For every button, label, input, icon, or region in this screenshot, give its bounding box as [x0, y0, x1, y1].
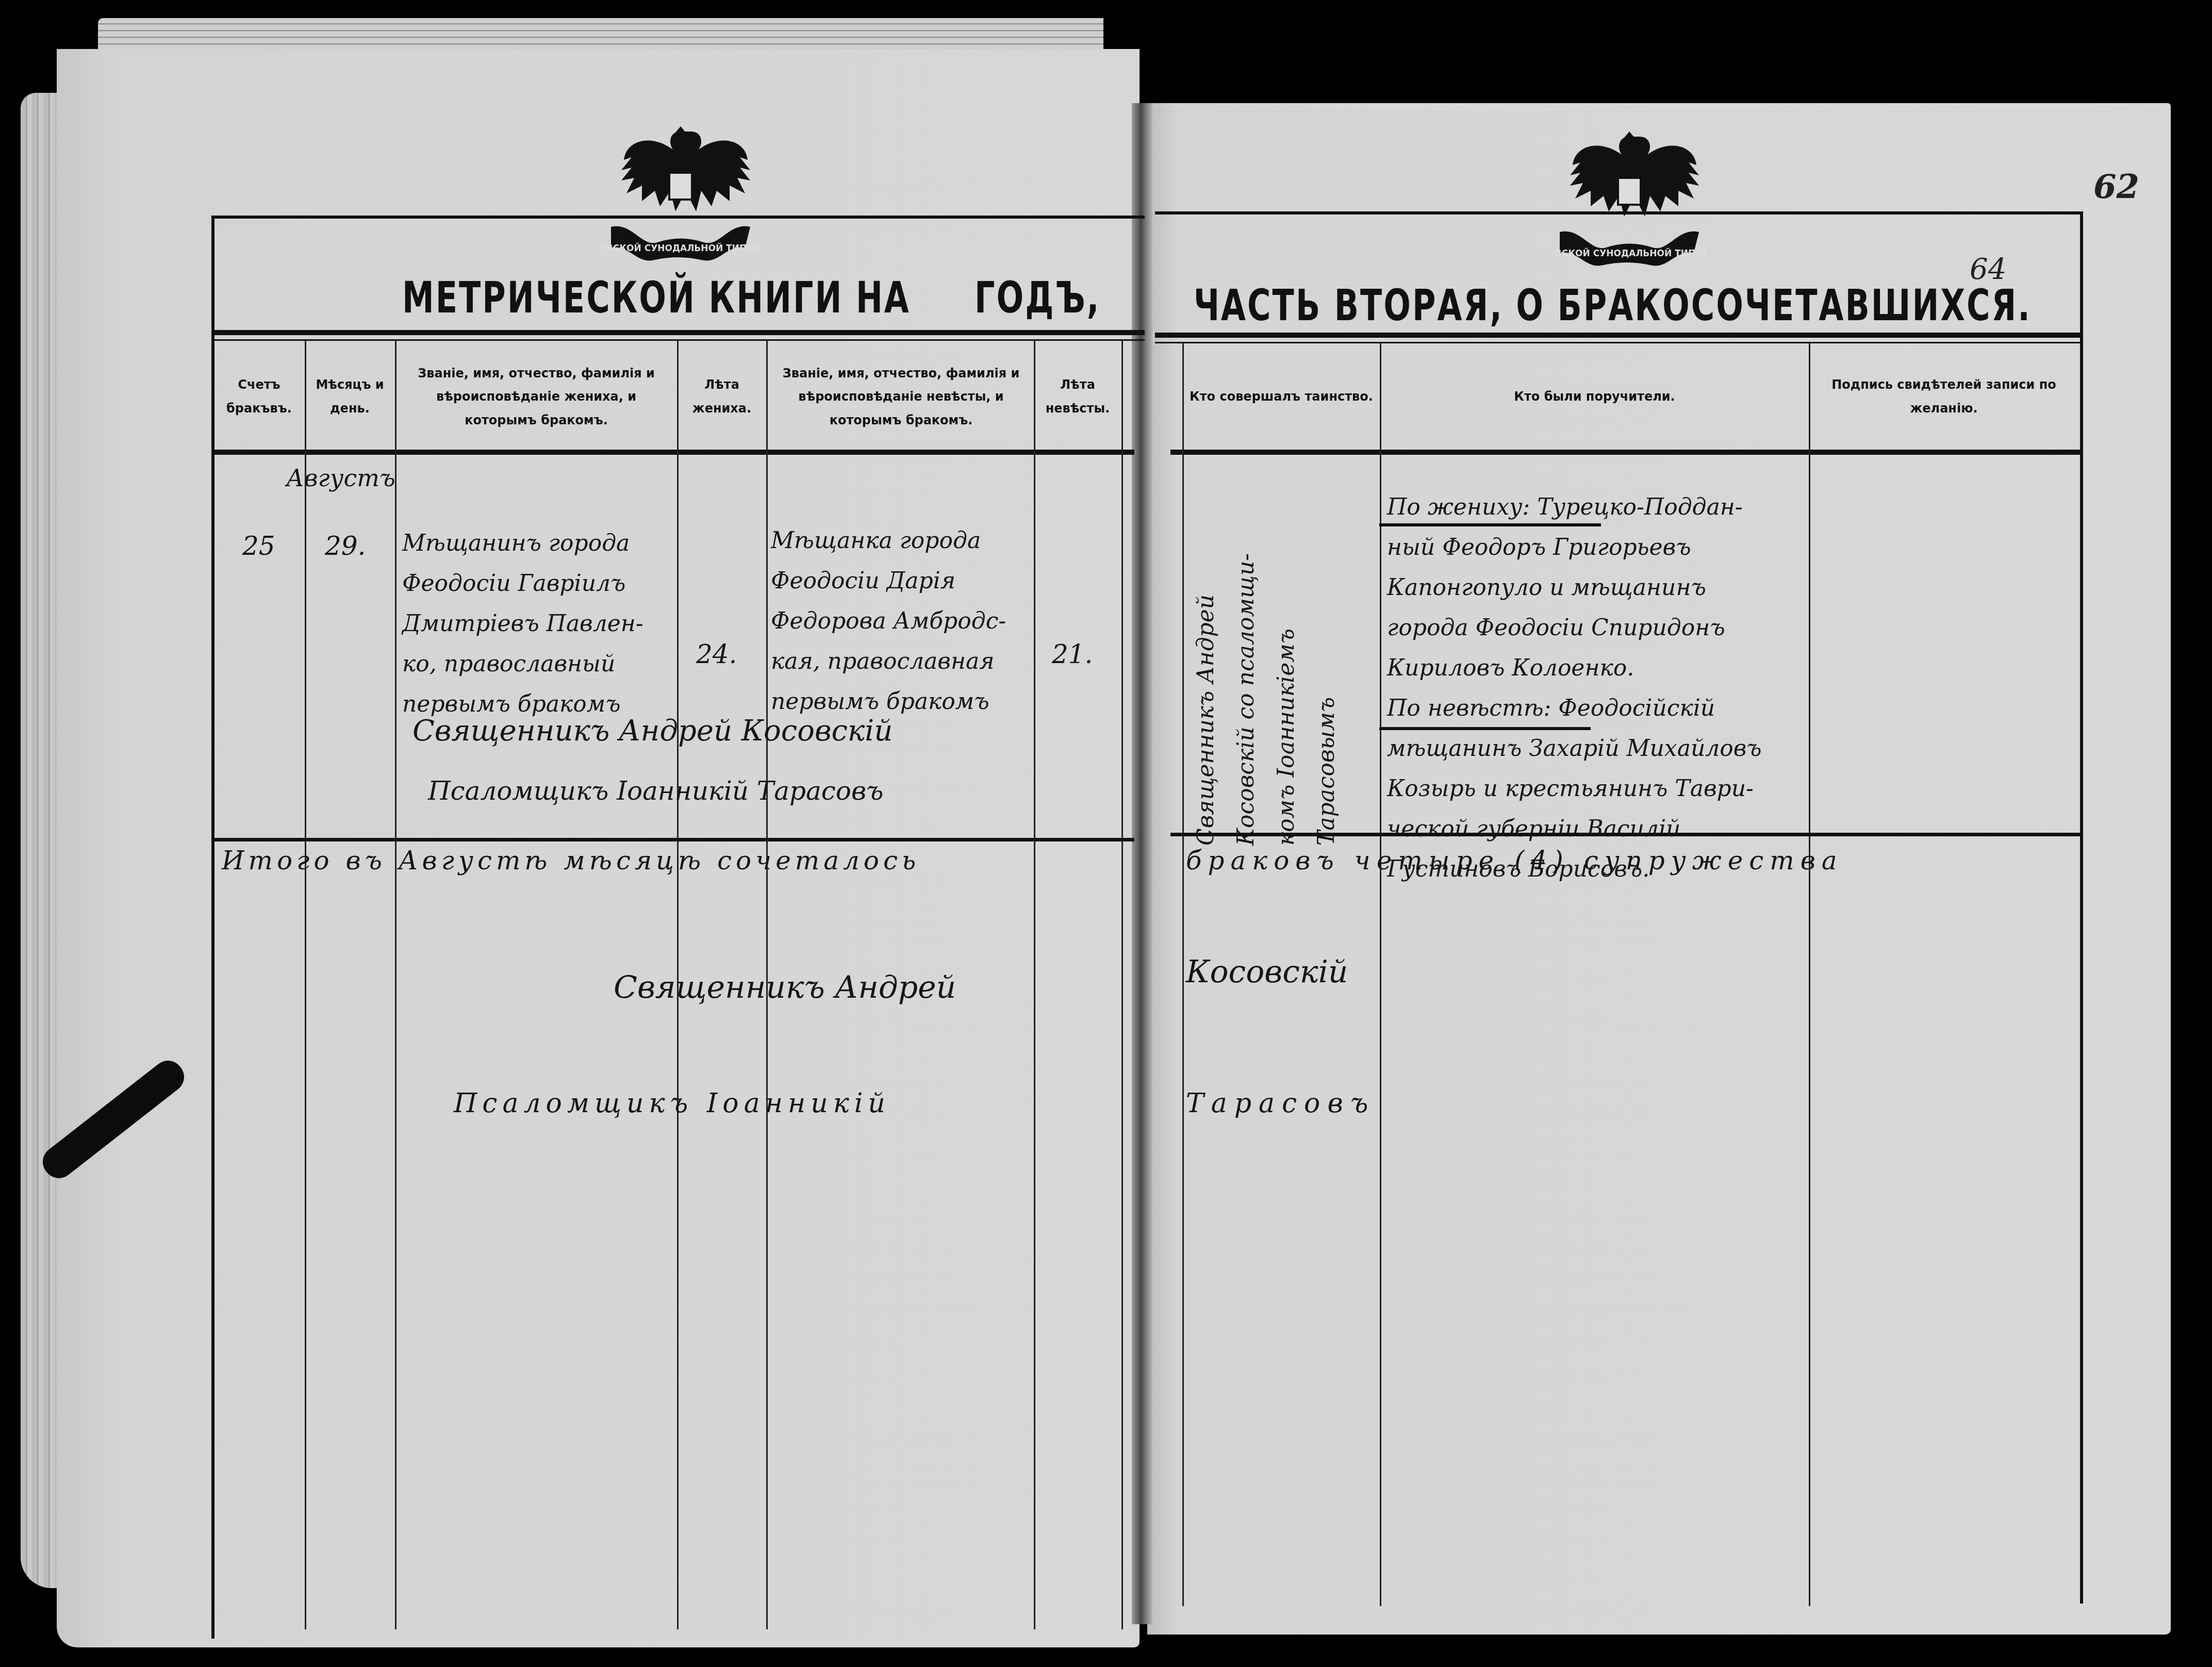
surety-line: ческой губерніи Василій — [1387, 809, 1762, 849]
summary-text-left: Итого въ Августѣ мѣсяцѣ сочеталось — [222, 846, 920, 876]
officiant-line: Священникъ Андрей — [1186, 553, 1226, 846]
sureties-list: По жениху: Турецко-Поддан- ный Феодоръ Г… — [1387, 487, 1762, 889]
right-header-rule-thin — [1155, 342, 2083, 343]
summary-text-right: браковъ четыре (4) супружества — [1186, 846, 1843, 876]
entry-day: 29. — [325, 531, 366, 561]
closing-signature-psalmist-right: Тарасовъ — [1186, 1088, 1375, 1119]
right-col-divider — [1809, 343, 1810, 1606]
surety-line: Козырь и крестьянинъ Таври- — [1387, 769, 1762, 809]
stamped-folio-number: 62 — [2093, 168, 2139, 206]
column-header-officiant: Кто совершалъ таинство. — [1186, 351, 1377, 443]
groom-line: Мѣщанинъ города — [402, 523, 643, 564]
entry-month: Августъ — [286, 464, 395, 492]
surety-line: Капонгопуло и мѣщанинъ — [1387, 568, 1762, 608]
svg-text:МОСКОВСКОЙ СУНОДАЛЬНОЙ ТИПОГРА: МОСКОВСКОЙ СУНОДАЛЬНОЙ ТИПОГРАФІИ — [1552, 247, 1707, 259]
summary-rule-right — [1170, 833, 2083, 836]
surety-line: мѣщанинъ Захарій Михайловъ — [1387, 729, 1762, 769]
right-page-title: ЧАСТЬ ВТОРАЯ, О БРАКОСОЧЕТАВШИХСЯ. — [1194, 279, 2032, 331]
surety-line: По жениху: Турецко-Поддан- — [1387, 487, 1762, 527]
clergy-signature-priest: Священникъ Андрей Косовскій — [412, 714, 893, 748]
column-header-bride: Званіе, имя, отчество, фамилія и вѣроисп… — [771, 351, 1031, 443]
right-column-header-bottom-rule — [1170, 450, 2083, 455]
groom-age: 24. — [696, 639, 737, 669]
column-header-sureties: Кто были поручители. — [1384, 351, 1805, 443]
bride-line: кая, православная — [771, 641, 1006, 682]
surety-line: ный Феодоръ Григорьевъ — [1387, 527, 1762, 568]
column-header-bride-age: Лѣта невѣсты. — [1036, 351, 1119, 443]
closing-signature-psalmist-left: Псаломщикъ Іоанникій — [454, 1088, 890, 1119]
left-col-divider — [1034, 340, 1035, 1629]
bride-line: Федорова Амбродс- — [771, 601, 1006, 641]
bride-sureties-underline — [1379, 727, 1591, 730]
groom-sureties-underline — [1379, 523, 1601, 526]
column-header-groom-age: Лѣта жениха. — [681, 351, 763, 443]
closing-signature-priest-left: Священникъ Андрей — [614, 969, 956, 1005]
clergy-signature-psalmist: Псаломщикъ Іоанникій Тарасовъ — [428, 776, 883, 806]
bride-details: Мѣщанка города Феодосіи Дарія Федорова А… — [771, 521, 1006, 722]
column-header-groom: Званіе, имя, отчество, фамилія и вѣроисп… — [400, 351, 673, 443]
left-header-rule — [211, 330, 1145, 335]
surety-line: По невѣстѣ: Феодосійскій — [1387, 688, 1762, 729]
surety-line: Кириловъ Колоенко. — [1387, 648, 1762, 688]
officiant-line: Косовскій со псаломщи- — [1226, 553, 1266, 846]
bride-age: 21. — [1052, 639, 1093, 669]
imperial-eagle-emblem-right: МОСКОВСКОЙ СУНОДАЛЬНОЙ ТИПОГРАФІИ — [1552, 121, 1707, 276]
left-page-title-year: ГОДЪ, — [975, 272, 1100, 323]
groom-line: Дмитріевъ Павлен- — [402, 604, 643, 644]
officiant-line: Тарасовымъ — [1307, 553, 1347, 846]
surety-line: города Феодосіи Спиридонъ — [1387, 608, 1762, 648]
groom-line: Феодосіи Гавріилъ — [402, 564, 643, 604]
column-header-witness-signatures: Подпись свидѣтелей записи по желанію. — [1812, 351, 2075, 443]
imperial-eagle-emblem-left: МОСКОВСКОЙ СУНОДАЛЬНОЙ ТИПОГРАФІИ — [603, 116, 758, 271]
left-col-divider — [305, 340, 306, 1629]
page-number: 64 — [1970, 253, 2006, 286]
left-column-header-bottom-rule — [211, 450, 1134, 455]
right-col-divider — [1182, 343, 1184, 1606]
right-col-divider — [1380, 343, 1381, 1606]
column-header-month-day: Мѣсяцъ и день. — [307, 351, 392, 443]
groom-details: Мѣщанинъ города Феодосіи Гавріилъ Дмитрі… — [402, 523, 643, 724]
entry-number: 25 — [242, 531, 275, 561]
left-page-title: МЕТРИЧЕСКОЙ КНИГИ НА — [402, 272, 911, 323]
officiant-line: комъ Іоанникіемъ — [1266, 553, 1307, 846]
svg-text:МОСКОВСКОЙ СУНОДАЛЬНОЙ ТИПОГРА: МОСКОВСКОЙ СУНОДАЛЬНОЙ ТИПОГРАФІИ — [603, 242, 758, 254]
bride-line: Феодосіи Дарія — [771, 561, 1006, 601]
groom-line: ко, православный — [402, 644, 643, 684]
column-header-marriage-number: Счетъ бракъвъ. — [217, 351, 302, 443]
closing-signature-priest-right: Косовскій — [1186, 954, 1348, 990]
left-col-divider — [1121, 340, 1123, 1629]
right-header-rule — [1155, 333, 2083, 338]
bride-line: Мѣщанка города — [771, 521, 1006, 561]
summary-rule-left — [211, 838, 1134, 841]
officiant-details: Священникъ Андрей Косовскій со псаломщи-… — [1186, 553, 1347, 846]
left-col-divider — [395, 340, 397, 1629]
